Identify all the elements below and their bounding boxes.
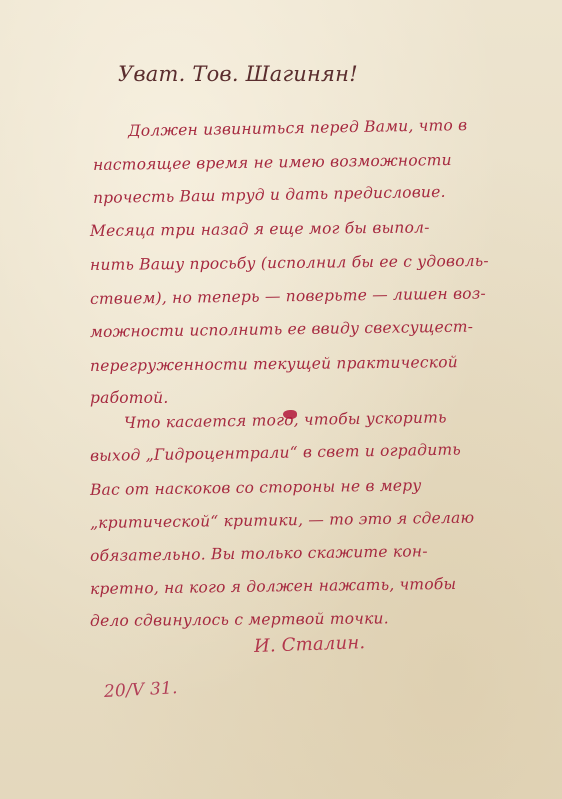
letter-line: обязательно. Вы только скажите кон- (90, 542, 428, 565)
greeting: Уват. Тов. Шагинян! (118, 62, 358, 86)
letter-page: Уват. Тов. Шагинян! Должен извиниться пе… (0, 0, 562, 799)
letter-line: Месяца три назад я еще мог бы выпол- (90, 218, 430, 240)
letter-line: ствием), но теперь — поверьте — лишен во… (90, 284, 486, 308)
ink-blot (283, 410, 297, 419)
letter-line: работой. (90, 389, 169, 407)
letter-line: можности исполнить ее ввиду свехсущест- (90, 318, 473, 341)
letter-line: перегруженности текущей практической (90, 353, 458, 375)
letter-line: „критической“ критики, — то это я сделаю (90, 509, 475, 532)
letter-line: настоящее время не имею возможности (93, 151, 452, 174)
signature: И. Сталин. (254, 632, 366, 657)
letter-line: нить Вашу просьбу (исполнил бы ее с удов… (90, 252, 489, 274)
letter-line: дело сдвинулось с мертвой точки. (90, 609, 389, 630)
letter-line: Вас от наскоков со стороны не в меру (90, 476, 422, 499)
letter-line: кретно, на кого я должен нажать, чтобы (90, 575, 457, 598)
letter-date: 20/V 31. (103, 678, 178, 702)
letter-line: выход „Гидроцентрали“ в свет и оградить (90, 441, 461, 465)
letter-line: прочесть Ваш труд и дать предисловие. (93, 183, 446, 207)
letter-line: Должен извиниться перед Вами, что в (128, 116, 468, 140)
